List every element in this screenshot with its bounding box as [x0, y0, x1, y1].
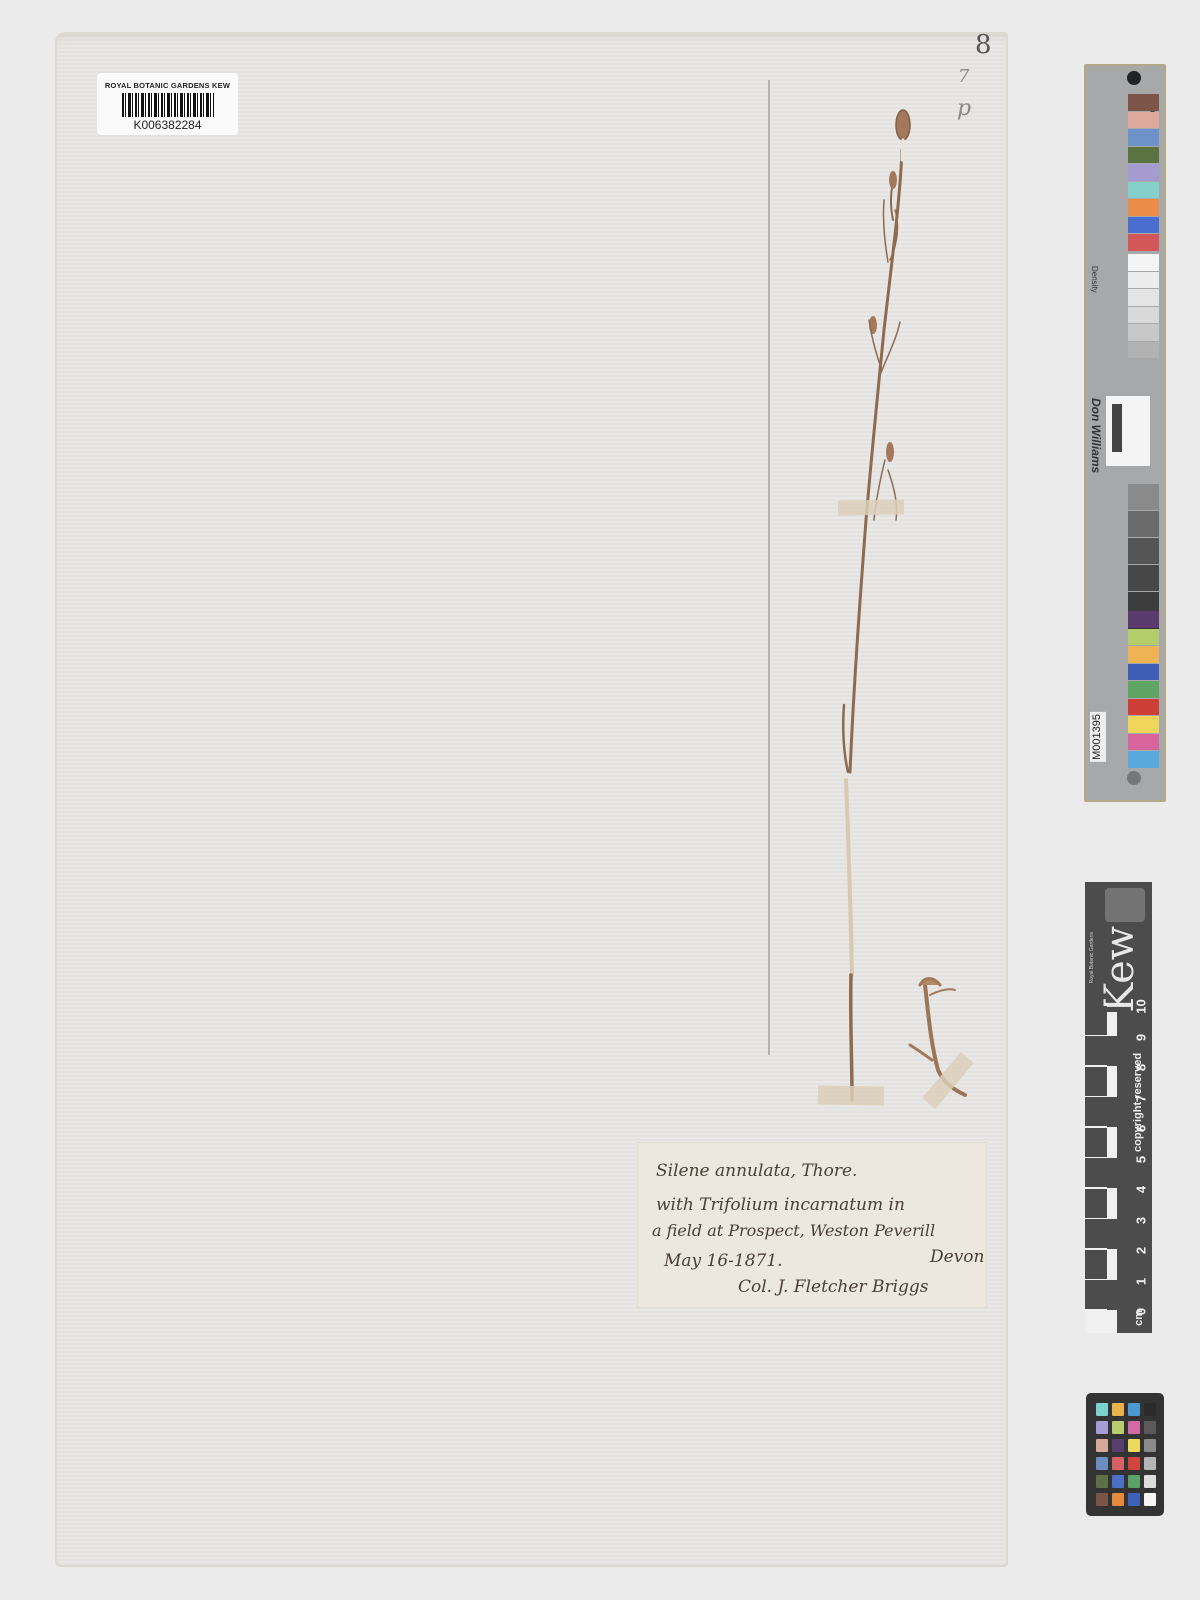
color-chip: [1144, 1403, 1156, 1416]
density-label: Density: [1090, 266, 1099, 293]
color-chip: [1128, 1493, 1140, 1506]
color-chip: [1112, 1475, 1124, 1488]
color-chip: [1096, 1421, 1108, 1434]
color-patch: [1128, 112, 1159, 129]
color-patch: [1128, 182, 1159, 199]
color-chip: [1096, 1403, 1108, 1416]
mounting-tape: [838, 499, 904, 515]
ruler-tick-label: 1: [1134, 1271, 1149, 1291]
label-line-taxon: Silene annulata, Thore.: [656, 1161, 857, 1181]
color-chip: [1096, 1439, 1108, 1452]
ruler-tick-label: 10: [1134, 997, 1149, 1017]
color-chip: [1112, 1403, 1124, 1416]
ruler-tick-label: 5: [1134, 1149, 1149, 1169]
ruler-scale: [1085, 1012, 1117, 1333]
color-patch: [1128, 234, 1159, 251]
label-line-date: May 16-1871.: [664, 1251, 783, 1271]
gray-patch: [1128, 511, 1159, 537]
color-patch: [1128, 164, 1159, 181]
color-chip: [1144, 1457, 1156, 1470]
color-patch: [1128, 664, 1159, 681]
label-line-locality: a field at Prospect, Weston Peverill: [652, 1221, 935, 1240]
color-patch: [1128, 307, 1159, 324]
color-patch: [1128, 699, 1159, 716]
color-patch: [1128, 272, 1159, 289]
mounting-tape: [818, 1085, 884, 1105]
color-patch: [1128, 199, 1159, 216]
id-tag: M001395: [1090, 712, 1106, 762]
color-patch: [1128, 254, 1159, 271]
color-calibration-bar: inches Density Don Williams M001395: [1084, 64, 1166, 802]
color-patch: [1128, 289, 1159, 306]
kew-sub-brand: Royal Botanic Gardens: [1089, 932, 1095, 983]
color-chip: [1112, 1493, 1124, 1506]
color-chip: [1128, 1403, 1140, 1416]
color-patch: [1128, 217, 1159, 234]
resolution-target: [1106, 396, 1150, 466]
brand-label: Don Williams: [1089, 398, 1103, 473]
gray-patch: [1128, 538, 1159, 564]
registration-dot-icon: [1127, 771, 1141, 785]
color-chip: [1128, 1475, 1140, 1488]
label-line-habitat: with Trifolium incarnatum in: [656, 1195, 905, 1215]
color-patch: [1128, 342, 1159, 359]
color-patch: [1128, 716, 1159, 733]
plant-specimen-icon: [0, 0, 1200, 1600]
color-patch: [1128, 94, 1159, 111]
color-chip: [1144, 1475, 1156, 1488]
color-patch: [1128, 629, 1159, 646]
color-patch: [1128, 324, 1159, 341]
color-patch: [1128, 681, 1159, 698]
color-patch: [1128, 129, 1159, 146]
color-chip: [1112, 1421, 1124, 1434]
registration-dot-icon: [1127, 71, 1141, 85]
ruler-tick-label: 3: [1134, 1210, 1149, 1230]
color-chip: [1096, 1457, 1108, 1470]
label-line-county: Devon: [930, 1247, 984, 1267]
color-chip: [1128, 1439, 1140, 1452]
color-chip: [1144, 1493, 1156, 1506]
ruler-tick-label: 4: [1134, 1180, 1149, 1200]
gray-patch: [1128, 484, 1159, 510]
kew-scale-ruler: Kew Royal Botanic Gardens copyright rese…: [1085, 882, 1152, 1333]
ruler-tick-label: 2: [1134, 1241, 1149, 1261]
ruler-tick-label: 7: [1134, 1088, 1149, 1108]
label-line-collector: Col. J. Fletcher Briggs: [738, 1277, 929, 1297]
ruler-tick-label: 8: [1134, 1058, 1149, 1078]
color-patch: [1128, 611, 1159, 628]
color-chip: [1112, 1457, 1124, 1470]
color-patch: [1128, 646, 1159, 663]
color-chip: [1112, 1439, 1124, 1452]
color-chip: [1144, 1421, 1156, 1434]
ruler-tick-label: 9: [1134, 1027, 1149, 1047]
color-chip: [1096, 1493, 1108, 1506]
color-chip: [1128, 1421, 1140, 1434]
collector-label: Silene annulata, Thore. with Trifolium i…: [638, 1143, 986, 1307]
royal-crest-icon: [1105, 888, 1145, 922]
color-patch: [1128, 734, 1159, 751]
colorchecker-card: [1086, 1393, 1164, 1516]
gray-patch: [1128, 565, 1159, 591]
color-chip: [1096, 1475, 1108, 1488]
color-patch: [1128, 147, 1159, 164]
color-chip: [1144, 1439, 1156, 1452]
color-chip: [1128, 1457, 1140, 1470]
ruler-tick-label: 6: [1134, 1119, 1149, 1139]
color-patch: [1128, 751, 1159, 768]
ruler-tick-label: 0: [1134, 1302, 1149, 1322]
